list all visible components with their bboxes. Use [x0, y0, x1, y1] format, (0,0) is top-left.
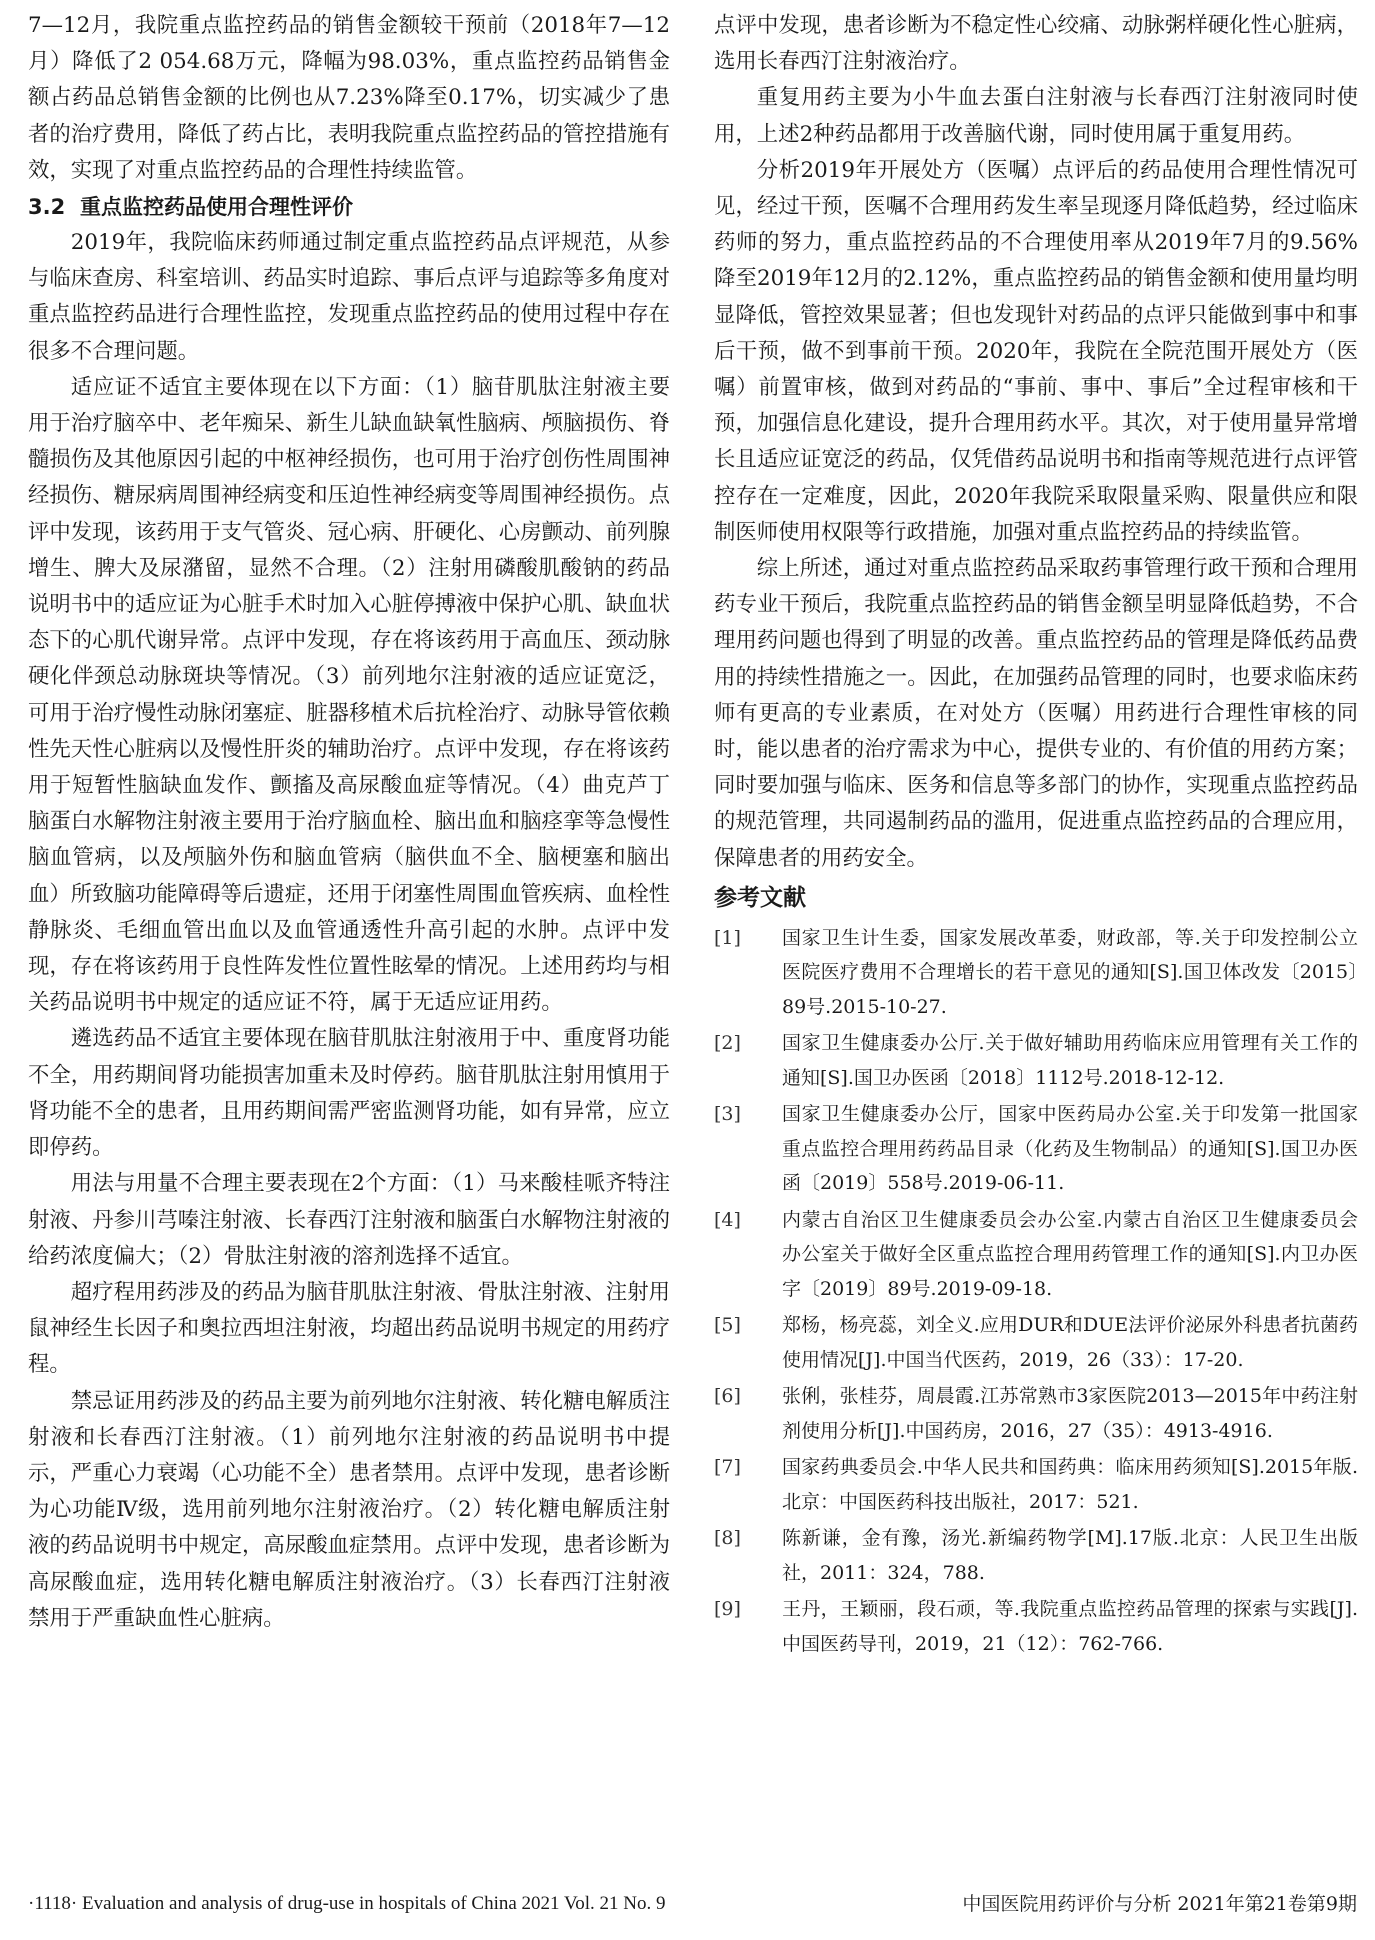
reference-item: [7]国家药典委员会.中华人民共和国药典：临床用药须知[S].2015年版.北京…: [714, 1450, 1358, 1519]
right-column: 点评中发现，患者诊断为不稳定性心绞痛、动脉粥样硬化性心脏病，选用长春西汀注射液治…: [714, 8, 1358, 1663]
paragraph-analysis-2019: 分析2019年开展处方（医嘱）点评后的药品使用合理性情况可见，经过干预，医嘱不合…: [714, 153, 1358, 551]
section-heading-3-2: 3.2重点监控药品使用合理性评价: [28, 189, 670, 225]
paragraph-excessive-course: 超疗程用药涉及的药品为脑苷肌肽注射液、骨肽注射液、注射用鼠神经生长因子和奥拉西坦…: [28, 1275, 670, 1384]
reference-number: [9]: [714, 1592, 782, 1661]
reference-text: 王丹，王颖丽，段石顽，等.我院重点监控药品管理的探索与实践[J].中国医药导刊，…: [782, 1592, 1358, 1661]
reference-number: [4]: [714, 1203, 782, 1307]
reference-text: 国家卫生健康委办公厅，国家中医药局办公室.关于印发第一批国家重点监控合理用药药品…: [782, 1097, 1358, 1201]
reference-number: [7]: [714, 1450, 782, 1519]
reference-number: [2]: [714, 1026, 782, 1095]
references-list: [1]国家卫生计生委，国家发展改革委，财政部，等.关于印发控制公立医院医疗费用不…: [714, 921, 1358, 1662]
reference-item: [6]张俐，张桂芬，周晨霞.江苏常熟市3家医院2013—2015年中药注射剂使用…: [714, 1379, 1358, 1448]
paragraph-conclusion: 综上所述，通过对重点监控药品采取药事管理行政干预和合理用药专业干预后，我院重点监…: [714, 551, 1358, 877]
reference-item: [8]陈新谦，金有豫，汤光.新编药物学[M].17版.北京：人民卫生出版社，20…: [714, 1521, 1358, 1590]
reference-text: 国家药典委员会.中华人民共和国药典：临床用药须知[S].2015年版.北京：中国…: [782, 1450, 1358, 1519]
paragraph-duplicate-medication: 重复用药主要为小牛血去蛋白注射液与长春西汀注射液同时使用，上述2种药品都用于改善…: [714, 80, 1358, 152]
reference-number: [1]: [714, 921, 782, 1025]
paragraph-evaluation-intro: 2019年，我院临床药师通过制定重点监控药品点评规范，从参与临床查房、科室培训、…: [28, 225, 670, 370]
reference-text: 郑杨，杨亮蕊，刘全义.应用DUR和DUE法评价泌尿外科患者抗菌药使用情况[J].…: [782, 1308, 1358, 1377]
footer-journal-english: ·1118· Evaluation and analysis of drug-u…: [28, 1892, 665, 1916]
reference-number: [3]: [714, 1097, 782, 1201]
references-heading: 参考文献: [714, 879, 1358, 917]
section-number: 3.2: [28, 189, 80, 225]
reference-item: [2]国家卫生健康委办公厅.关于做好辅助用药临床应用管理有关工作的通知[S].国…: [714, 1026, 1358, 1095]
reference-item: [3]国家卫生健康委办公厅，国家中医药局办公室.关于印发第一批国家重点监控合理用…: [714, 1097, 1358, 1201]
reference-text: 内蒙古自治区卫生健康委员会办公室.内蒙古自治区卫生健康委员会办公室关于做好全区重…: [782, 1203, 1358, 1307]
left-column: 7—12月，我院重点监控药品的销售金额较干预前（2018年7—12月）降低了2 …: [28, 8, 670, 1637]
reference-text: 国家卫生健康委办公厅.关于做好辅助用药临床应用管理有关工作的通知[S].国卫办医…: [782, 1026, 1358, 1095]
reference-item: [9]王丹，王颖丽，段石顽，等.我院重点监控药品管理的探索与实践[J].中国医药…: [714, 1592, 1358, 1661]
reference-item: [1]国家卫生计生委，国家发展改革委，财政部，等.关于印发控制公立医院医疗费用不…: [714, 921, 1358, 1025]
paragraph-contraindication: 禁忌证用药涉及的药品主要为前列地尔注射液、转化糖电解质注射液和长春西汀注射液。（…: [28, 1384, 670, 1637]
section-title: 重点监控药品使用合理性评价: [80, 195, 353, 219]
paragraph-contraindication-cont: 点评中发现，患者诊断为不稳定性心绞痛、动脉粥样硬化性心脏病，选用长春西汀注射液治…: [714, 8, 1358, 80]
paragraph-dosage-usage: 用法与用量不合理主要表现在2个方面：（1）马来酸桂哌齐特注射液、丹参川芎嗪注射液…: [28, 1166, 670, 1275]
paragraph-inappropriate-selection: 遴选药品不适宜主要体现在脑苷肌肽注射液用于中、重度肾功能不全，用药期间肾功能损害…: [28, 1021, 670, 1166]
reference-text: 国家卫生计生委，国家发展改革委，财政部，等.关于印发控制公立医院医疗费用不合理增…: [782, 921, 1358, 1025]
reference-item: [5]郑杨，杨亮蕊，刘全义.应用DUR和DUE法评价泌尿外科患者抗菌药使用情况[…: [714, 1308, 1358, 1377]
reference-number: [6]: [714, 1379, 782, 1448]
paragraph-inappropriate-indication: 适应证不适宜主要体现在以下方面：（1）脑苷肌肽注射液主要用于治疗脑卒中、老年痴呆…: [28, 370, 670, 1022]
reference-item: [4]内蒙古自治区卫生健康委员会办公室.内蒙古自治区卫生健康委员会办公室关于做好…: [714, 1203, 1358, 1307]
footer-journal-chinese: 中国医院用药评价与分析 2021年第21卷第9期: [962, 1892, 1357, 1916]
paragraph-sales-reduction: 7—12月，我院重点监控药品的销售金额较干预前（2018年7—12月）降低了2 …: [28, 8, 670, 189]
reference-number: [8]: [714, 1521, 782, 1590]
page-footer: ·1118· Evaluation and analysis of drug-u…: [28, 1892, 1357, 1916]
reference-number: [5]: [714, 1308, 782, 1377]
reference-text: 陈新谦，金有豫，汤光.新编药物学[M].17版.北京：人民卫生出版社，2011：…: [782, 1521, 1358, 1590]
reference-text: 张俐，张桂芬，周晨霞.江苏常熟市3家医院2013—2015年中药注射剂使用分析[…: [782, 1379, 1358, 1448]
